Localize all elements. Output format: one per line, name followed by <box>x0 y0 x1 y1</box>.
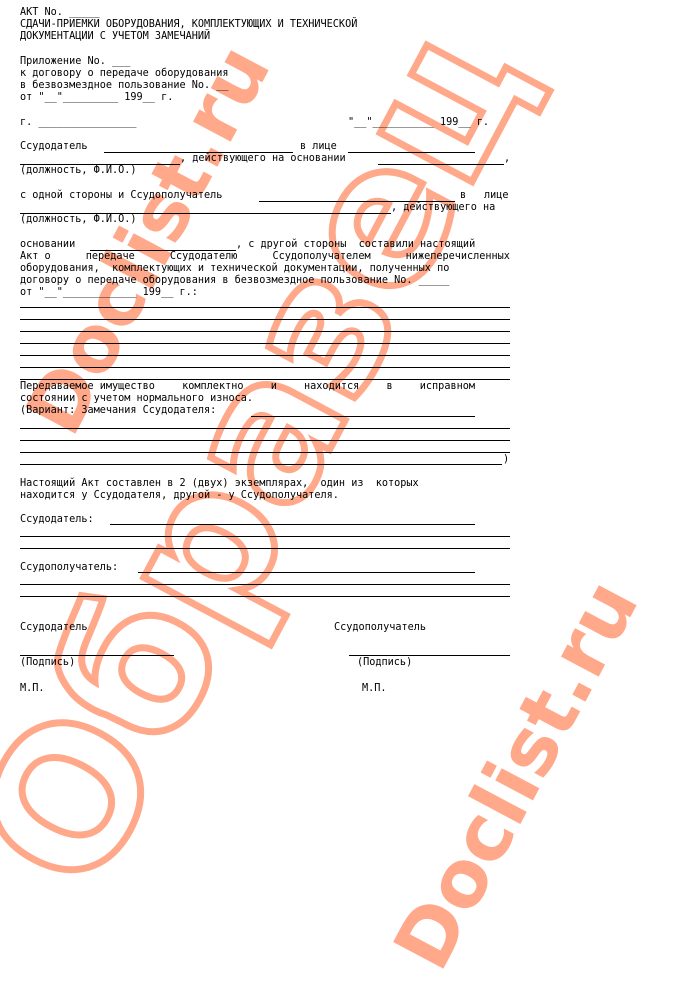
word: и <box>271 381 277 393</box>
remarks-line[interactable] <box>251 416 475 417</box>
appendix-line-1: Приложение No. ___ <box>20 56 130 68</box>
svg-text:Образец: Образец <box>0 0 570 921</box>
lender-details-line[interactable] <box>110 524 475 525</box>
document-page: Doclist.ru Doclist.ru Образец АКТ No. __… <box>0 0 700 1000</box>
act-number: АКТ No. _____ <box>20 7 100 19</box>
borrower-details-line[interactable] <box>20 596 510 597</box>
title-line-1: СДАЧИ-ПРИЕМКИ ОБОРУДОВАНИЯ, КОМПЛЕКТУЮЩИ… <box>20 19 357 31</box>
one-side-label: с одной стороны и Ссудополучатель <box>20 190 222 202</box>
lender-label: Ссудодатель <box>20 141 87 153</box>
condition-line-2: состоянии с учетом нормального износа. <box>20 393 253 405</box>
equipment-line[interactable] <box>20 331 510 332</box>
lender-signature-label: Ссудодатель <box>20 622 87 634</box>
appendix-line-3: в безвозмездное пользование No. __ <box>20 80 229 92</box>
equipment-line[interactable] <box>20 367 510 368</box>
equipment-line[interactable] <box>20 379 510 380</box>
remarks-line[interactable] <box>20 428 510 429</box>
title-line-2: ДОКУМЕНТАЦИИ С УЧЕТОМ ЗАМЕЧАНИЙ <box>20 31 210 43</box>
copies-line-2: находится у Ссудодателя, другой - у Ссуд… <box>20 490 339 502</box>
borrower-details-line[interactable] <box>20 584 510 585</box>
remarks-line[interactable] <box>20 440 510 441</box>
remarks-line[interactable] <box>20 464 502 465</box>
body-line-4: договору о передаче оборудования в безво… <box>20 275 449 287</box>
position-hint: (должность, Ф.И.О.) <box>20 165 137 177</box>
lender-seal: М.П. <box>20 683 45 695</box>
city-field[interactable]: г. ________________ <box>20 117 137 129</box>
position-hint-2: (должность, Ф.И.О.) <box>20 214 137 226</box>
copies-line-1: Настоящий Акт составлен в 2 (двух) экзем… <box>20 478 419 490</box>
lender-signature-hint: (Подпись) <box>20 657 75 669</box>
borrower-signature-hint: (Подпись) <box>357 657 412 669</box>
word: Ссудополучателем <box>272 251 370 263</box>
lender-details-line[interactable] <box>20 548 510 549</box>
lender-signature-line[interactable] <box>20 655 174 656</box>
remarks-label: (Вариант: Замечания Ссудодателя: <box>20 405 216 417</box>
acting-basis-label: , действующего на основании <box>180 153 346 165</box>
borrower-details-label: Ссудополучатель: <box>20 562 118 574</box>
equipment-line[interactable] <box>20 307 510 308</box>
basis-prefix: основании <box>20 239 75 251</box>
word: Передаваемое имущество <box>20 381 155 393</box>
basis-suffix: , с другой стороны составили настоящий <box>236 239 475 251</box>
borrower-seal: М.П. <box>362 683 387 695</box>
word: находится <box>304 381 359 393</box>
word: нижеперечисленных <box>406 251 510 263</box>
condition-line-1: Передаваемое имущество комплектно и нахо… <box>20 381 475 393</box>
word: в <box>386 381 392 393</box>
appendix-line-4: от "__"_________ 199__ г. <box>20 92 173 104</box>
lender-details-line[interactable] <box>20 536 510 537</box>
body-line-5: от "__"____________ 199__ г.: <box>20 287 198 299</box>
equipment-line[interactable] <box>20 319 510 320</box>
word: комплектно <box>182 381 243 393</box>
lender-details-label: Ссудодатель: <box>20 514 94 526</box>
person-label: лице <box>484 190 509 202</box>
lender-representative-line[interactable] <box>348 152 475 153</box>
word: передаче <box>86 251 135 263</box>
borrower-details-line[interactable] <box>138 572 475 573</box>
word: исправном <box>420 381 475 393</box>
borrower-signature-line[interactable] <box>349 655 510 656</box>
date-field[interactable]: "__"__________ 199__ г. <box>348 117 489 129</box>
in-person-label: в лице <box>300 141 337 153</box>
acting-on-label: , действующего на <box>391 202 495 214</box>
comma: , <box>504 153 510 165</box>
word: Акт о <box>20 251 51 263</box>
remarks-line[interactable] <box>20 452 510 453</box>
equipment-line[interactable] <box>20 355 510 356</box>
in-label: в <box>460 190 466 202</box>
lender-basis-line[interactable] <box>378 164 504 165</box>
word: Ссудодателю <box>170 251 237 263</box>
appendix-line-2: к договору о передаче оборудования <box>20 68 229 80</box>
closing-paren: ) <box>503 454 509 466</box>
body-line-3: оборудования, комплектующих и техническо… <box>20 263 449 275</box>
borrower-signature-label: Ссудополучатель <box>334 622 426 634</box>
equipment-line[interactable] <box>20 343 510 344</box>
body-line-2: Акт о передаче Ссудодателю Ссудополучате… <box>20 251 510 263</box>
